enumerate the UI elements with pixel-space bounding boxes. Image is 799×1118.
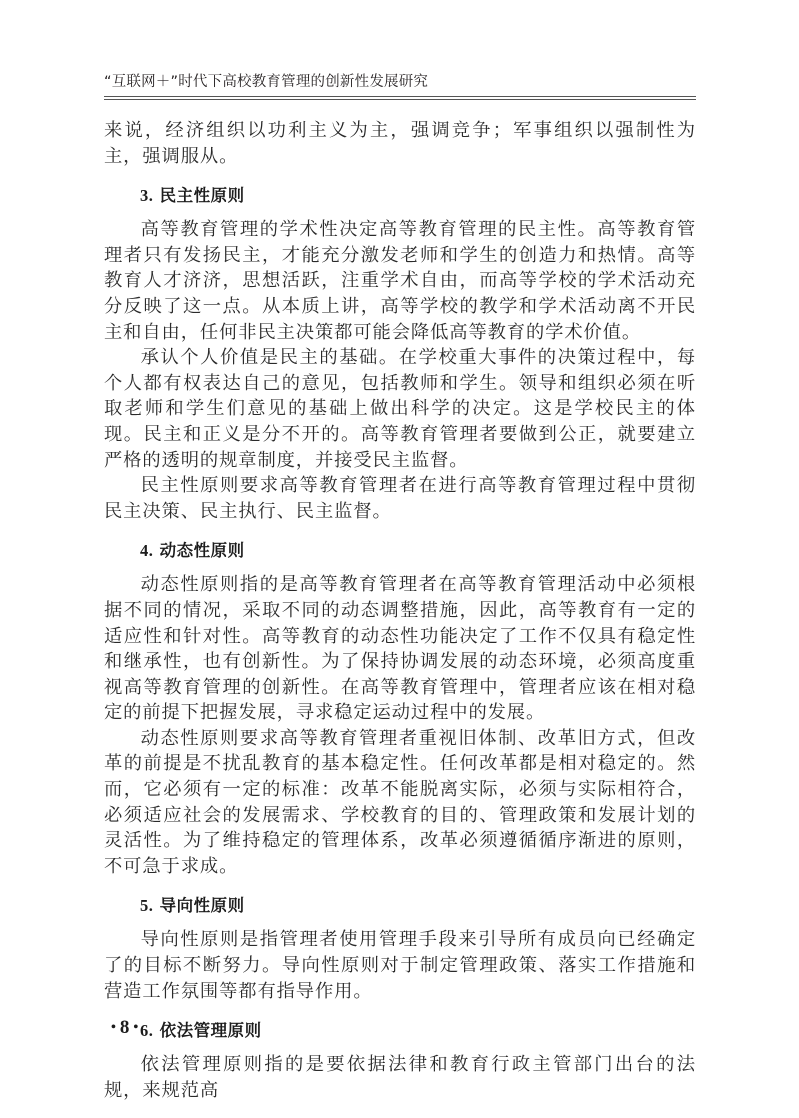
section-heading: 4. 动态性原则 [104, 540, 696, 562]
section-title: 导向性原则 [160, 896, 245, 915]
section-guidance-principle: 5. 导向性原则 导向性原则是指管理者使用管理手段来引导所有成员向已经确定了的目… [104, 895, 696, 1004]
section-democratic-principle: 3. 民主性原则 高等教育管理的学术性决定高等教育管理的民主性。高等教育管理者只… [104, 185, 696, 524]
section-heading: 5. 导向性原则 [104, 895, 696, 917]
section-dynamic-principle: 4. 动态性原则 动态性原则指的是高等教育管理者在高等教育管理活动中必须根据不同… [104, 540, 696, 879]
bullet-dot-icon: • [130, 1020, 142, 1035]
paragraph: 导向性原则是指管理者使用管理手段来引导所有成员向已经确定了的目标不断努力。导向性… [104, 927, 696, 1004]
paragraph: 承认个人价值是民主的基础。在学校重大事件的决策过程中，每个人都有权表达自己的意见… [104, 345, 696, 473]
header-double-rule [104, 96, 696, 100]
section-number: 5. [140, 896, 153, 915]
section-title: 依法管理原则 [160, 1021, 262, 1040]
section-heading: 6. 依法管理原则 [104, 1020, 696, 1042]
paragraph: 动态性原则要求高等教育管理者重视旧体制、改革旧方式，但改革的前提是不扰乱教育的基… [104, 726, 696, 880]
body-text: 来说，经济组织以功利主义为主，强调竞争；军事组织以强制性为主，强调服从。 3. … [104, 118, 696, 1103]
bullet-dot-icon: • [108, 1020, 120, 1035]
section-number: 4. [140, 541, 153, 560]
paragraph: 高等教育管理的学术性决定高等教育管理的民主性。高等教育管理者只有发扬民主，才能充… [104, 217, 696, 345]
section-title: 动态性原则 [160, 541, 245, 560]
section-title: 民主性原则 [160, 186, 245, 205]
section-heading: 3. 民主性原则 [104, 185, 696, 207]
running-header-title: “互联网＋”时代下高校教育管理的创新性发展研究 [104, 70, 696, 91]
paragraph: 依法管理原则指的是要依据法律和教育行政主管部门出台的法规，来规范高 [104, 1052, 696, 1103]
section-number: 3. [140, 186, 153, 205]
paragraph: 民主性原则要求高等教育管理者在进行高等教育管理过程中贯彻民主决策、民主执行、民主… [104, 473, 696, 524]
paragraph: 动态性原则指的是高等教育管理者在高等教育管理活动中必须根据不同的情况，采取不同的… [104, 572, 696, 726]
page-number-value: 8 [120, 1017, 131, 1038]
section-lawful-management-principle: 6. 依法管理原则 依法管理原则指的是要依据法律和教育行政主管部门出台的法规，来… [104, 1020, 696, 1103]
continuation-paragraph: 来说，经济组织以功利主义为主，强调竞争；军事组织以强制性为主，强调服从。 [104, 118, 696, 169]
page-number: •8• [108, 1017, 142, 1039]
